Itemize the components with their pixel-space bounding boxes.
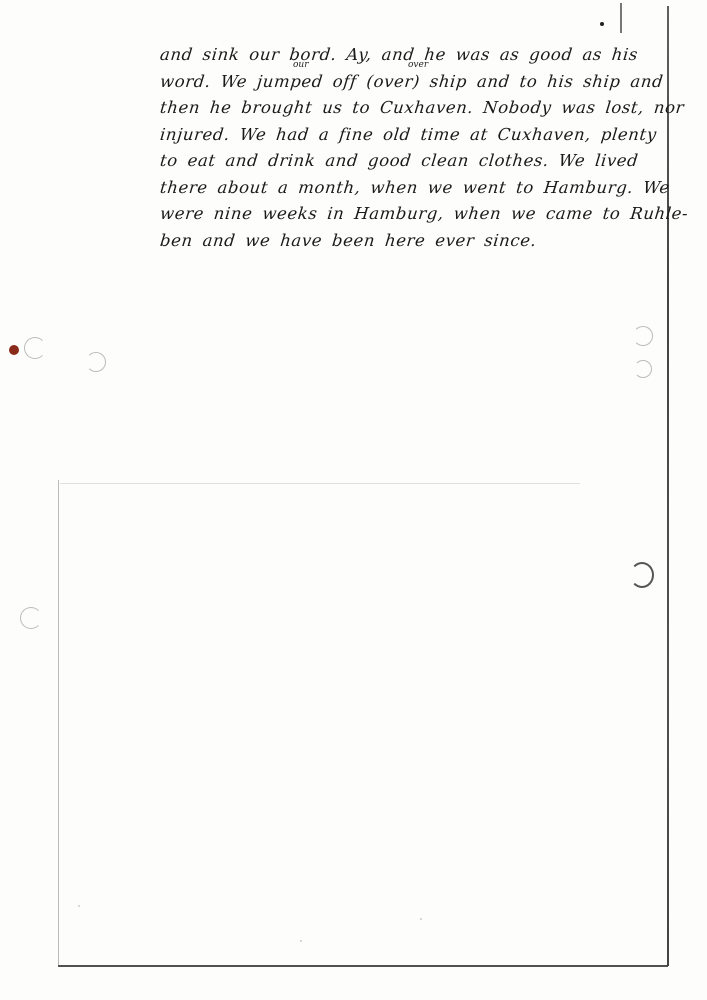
speckle bbox=[78, 905, 80, 907]
text-line-5: to eat and drink and good clean clothes.… bbox=[159, 148, 682, 175]
punch-hole-right-middle bbox=[634, 360, 652, 378]
top-margin-tick bbox=[620, 3, 622, 33]
punch-hole-left-inner bbox=[86, 352, 106, 372]
text-line-3: then he brought us to Cuxhaven. Nobody w… bbox=[159, 95, 682, 122]
punch-hole-right-upper bbox=[633, 326, 653, 346]
text-line-2: word. We jumped off (over) ship and to h… bbox=[159, 69, 682, 96]
text-line-6: there about a month, when we went to Ham… bbox=[159, 175, 682, 202]
text-line-8: ben and we have been here ever since. bbox=[159, 228, 682, 255]
text-line-1: and sink our bord. Ay, and he was as goo… bbox=[159, 42, 682, 69]
page-border-bottom bbox=[58, 965, 668, 967]
punch-hole-left-upper bbox=[24, 337, 46, 359]
speckle bbox=[300, 940, 302, 942]
punch-hole-right-lower bbox=[630, 562, 654, 588]
page-border-left bbox=[58, 480, 59, 966]
handwritten-text: and sink our bord. Ay, and he was as goo… bbox=[160, 42, 680, 254]
text-line-4: injured. We had a fine old time at Cuxha… bbox=[159, 122, 682, 149]
speckle bbox=[420, 918, 422, 920]
punch-hole-left-lower bbox=[20, 607, 42, 629]
fold-line bbox=[60, 483, 580, 484]
text-line-7: were nine weeks in Hamburg, when we came… bbox=[159, 201, 682, 228]
ink-dot bbox=[600, 22, 604, 26]
red-stain bbox=[9, 345, 19, 355]
